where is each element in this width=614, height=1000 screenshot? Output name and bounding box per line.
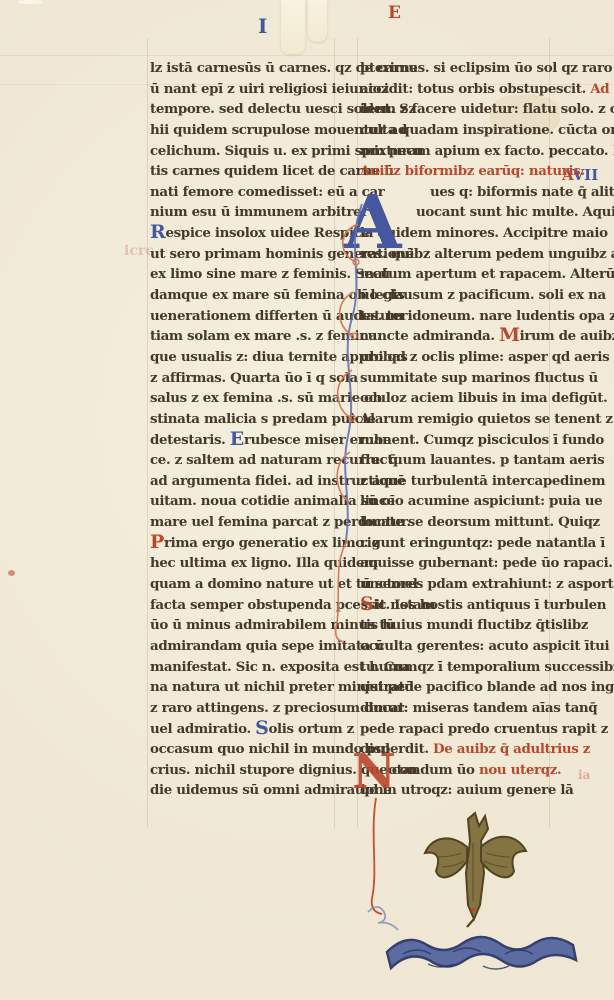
text-line: die uidemus sū omni admiratione [150, 780, 342, 801]
text-line: uitam. noua cotidie animalia sū oī [150, 491, 342, 512]
text-line: admirandam quia sepe imitata ū [150, 636, 342, 657]
penwork-flourish [326, 200, 370, 650]
text-segment: Auibz biformibz earūq: naturis. [360, 163, 585, 179]
rubricated-initial: R [150, 221, 165, 243]
bird-left-wing [425, 838, 467, 877]
text-line: uel admiratio. Solis ortum z [150, 719, 342, 740]
text-line: cuncte admiranda. Mirum de auibz [360, 326, 552, 347]
text-line: ut sero primam hominis generationē [150, 244, 342, 265]
text-column-left: lz istā carnesūs ū carnes. qz de carneū … [150, 58, 342, 801]
text-line: Respice insolox uidee Respice [150, 223, 342, 244]
text-segment: tis carnes quidem licet de carne ū [150, 163, 394, 179]
text-line: na natura ut nichil preter ministratū [150, 677, 342, 698]
parchment-tab [308, 0, 327, 42]
text-segment: olis ortum z [268, 721, 353, 737]
text-segment: Alarum remigio quietos se tenent z f [360, 411, 614, 427]
text-line: ū nant epī z uiri religiosi ieiunioz [150, 79, 342, 100]
text-line: facta semper obstupenda pcessit. Istam [150, 595, 342, 616]
bird-eye [471, 908, 475, 912]
text-line: idem z facere uidetur: flatu solo. z oc [360, 99, 552, 120]
text-line: qui pede pacifico blande ad nos ingre [360, 677, 552, 698]
text-segment: detestaris. [150, 432, 230, 448]
water-waves-illustration [383, 922, 583, 980]
text-line: Prima ergo generatio ex limo. z [150, 533, 342, 554]
text-line: nati femore comedisset: eū a car [150, 182, 342, 203]
text-segment: nou uterqz. [479, 762, 561, 778]
text-line: detestaris. Erubesce miser erube [150, 430, 342, 451]
text-line: z aque turbulentā intercapedinem [360, 471, 552, 492]
text-segment: unctores pdam extrahiunt: z asportāt. [360, 576, 614, 592]
text-segment: culta quadam inspiratione. cūcta omniū [360, 122, 614, 138]
text-line: salus z ex femina .s. sū marie ob [150, 388, 342, 409]
text-line: tu. Cumqz ī temporalium successibz [360, 657, 552, 678]
text-line: occasum quo nichil in mundo pul [150, 739, 342, 760]
manuscript-page: I E AVII icrc ia lz istā carnesūs ū carn… [0, 0, 614, 1000]
text-segment: ic nos hostis antiquus ī turbulen [373, 597, 606, 613]
text-line: celichum. Siquis u. ex primi spm pecu [150, 141, 342, 162]
text-line: manent. Cumqz pisciculos ī fundo [360, 430, 552, 451]
text-segment: ūo clausum z pacificum. soli ex na [360, 287, 606, 303]
rubricated-initial: P [150, 531, 164, 553]
ruling-line [0, 55, 614, 56]
text-segment: cuncte admiranda. [360, 328, 499, 344]
text-line: linceo acumine aspiciunt: puia ue [360, 491, 552, 512]
text-line: summitate sup marinos fluctus ū [360, 368, 552, 389]
text-segment: idem z facere uidetur: flatu solo. z oc [360, 101, 614, 117]
text-segment: oculoz aciem libuis in ima defigūt. [360, 390, 607, 406]
text-line: mixturam apium ex facto. peccato. De [360, 141, 552, 162]
text-line: z raro attingens. z preciosum ducat [150, 698, 342, 719]
text-segment: linceo acumine aspiciunt: puia ue [360, 493, 602, 509]
text-line: tis carnes quidem licet de carne ū [150, 161, 342, 182]
text-line: damque ex mare sū femina ob legis [150, 285, 342, 306]
text-line: mare uel femina parcat z perduntur. [150, 512, 342, 533]
ruling-line [147, 38, 148, 828]
text-segment: aquisse gubernant: pede ūo rapaci. [360, 555, 613, 571]
text-line: z affirmas. Quarta ūo ī q sola [150, 368, 342, 389]
parchment-tab [281, 0, 305, 54]
text-line: occulta gerentes: acuto aspicit ītui [360, 636, 552, 657]
text-segment: tu. Cumqz ī temporalium successibz [360, 659, 614, 675]
text-segment: locate se deorsum mittunt. Quiqz [360, 514, 600, 530]
text-segment: uel admiratio. [150, 721, 255, 737]
parchment-blemish [18, 0, 42, 4]
text-line: tiam solam ex mare .s. z femina. [150, 326, 342, 347]
text-line: Auibz biformibz earūq: naturis. [360, 161, 552, 182]
text-line: pede rapaci predo cruentus rapit z [360, 719, 552, 740]
text-segment: uocant sunt hic multe. Aqui [416, 204, 614, 220]
decorated-initial-n: N [352, 748, 396, 796]
text-segment: z aque turbulentā intercapedinem [360, 473, 605, 489]
text-segment: De auibz q̄ adultrius z [433, 741, 590, 757]
text-line: lz istā carnesūs ū carnes. qz de carne [150, 58, 342, 79]
text-line: ūo ū minus admirabilem minus tū [150, 615, 342, 636]
text-segment: qui pede pacifico blande ad nos ingre [360, 679, 614, 695]
text-segment: Ad [590, 81, 609, 97]
text-line: oculoz aciem libuis in ima defigūt. [360, 388, 552, 409]
text-segment: pterimus. si eclipsim ūo sol qz raro [360, 60, 612, 76]
text-segment: rigunt eringuntqz: pede natantla ī [360, 535, 605, 551]
initial-descender-flourish [366, 796, 400, 936]
text-line: ex limo sine mare z feminis. Secū [150, 264, 342, 285]
water-band [387, 937, 576, 968]
text-line: manifestat. Sic n. exposita est huma [150, 657, 342, 678]
text-segment: pede rapaci predo cruentus rapit z [360, 721, 608, 737]
text-segment: tatum idoneum. nare ludentis opa z [360, 308, 614, 324]
text-line: stinata malicia s predam puicie [150, 409, 342, 430]
text-line: tis huius mundi fluctibz q̄tislibz [360, 615, 552, 636]
diving-bird-illustration [418, 813, 533, 928]
rubricated-initial: S [255, 717, 268, 739]
text-line: que usualis z: diua ternite approbas [150, 347, 342, 368]
text-segment: matum apertum et rapacem. Alterū [360, 266, 614, 282]
text-segment: irum de auibz [520, 328, 614, 344]
text-segment: summitate sup marinos fluctus ū [360, 370, 598, 386]
text-line: ce. z saltem ad naturam recurre. q̄ [150, 450, 342, 471]
text-line: quam a domino nature ut et tū semel [150, 574, 342, 595]
text-line: hii quidem scrupulose mouentur ad [150, 120, 342, 141]
text-line: accidit: totus orbis obstupescit. Ad [360, 79, 552, 100]
folio-letter-right: E [388, 3, 401, 23]
bleedthrough-text-right: ia [578, 768, 590, 782]
text-line: Alarum remigio quietos se tenent z f [360, 409, 552, 430]
text-line: crius. nichil stupore dignius. que con [150, 760, 342, 781]
text-line: ubi qd z oclis plime: asper qd aeris [360, 347, 552, 368]
text-column-right: pterimus. si eclipsim ūo sol qz raroacci… [360, 58, 552, 801]
text-line: Sic nos hostis antiquus ī turbulen [360, 595, 552, 616]
text-line: pterimus. si eclipsim ūo sol qz raro [360, 58, 552, 79]
rubricated-initial: M [499, 324, 520, 346]
text-segment: ū nant epī z uiri religiosi ieiunioz [150, 81, 389, 97]
red-ink-spot [8, 570, 15, 576]
text-line: hec ultima ex ligno. Illa quidem [150, 553, 342, 574]
text-segment: ubi qd z oclis plime: asper qd aeris [360, 349, 609, 365]
text-line: uenerationem differten ū audes. ter [150, 306, 342, 327]
text-segment: accidit: totus orbis obstupescit. [360, 81, 590, 97]
text-line: dimur: miseras tandem aīas tanq̄ [360, 698, 552, 719]
text-segment: occulta gerentes: acuto aspicit ītui [360, 638, 609, 654]
rubricated-initial: E [230, 428, 244, 450]
text-segment: otandum ūo [388, 762, 479, 778]
text-line: nium esu ū immunem arbitrer [150, 202, 342, 223]
folio-letter-left: I [258, 14, 267, 38]
text-segment: mixturam apium ex facto. peccato. [360, 143, 613, 159]
text-line: aquisse gubernant: pede ūo rapaci. [360, 553, 552, 574]
text-line: fluctuum lauantes. p tantam aeris [360, 450, 552, 471]
text-line: matum apertum et rapacem. Alterū [360, 264, 552, 285]
text-segment: tis huius mundi fluctibz q̄tislibz [360, 617, 588, 633]
text-line: tempore. sed delectu uesci solent. Sz [150, 99, 342, 120]
text-line: locate se deorsum mittunt. Quiqz [360, 512, 552, 533]
text-line: ūo clausum z pacificum. soli ex na [360, 285, 552, 306]
text-segment: manent. Cumqz pisciculos ī fundo [360, 432, 604, 448]
text-segment: ues q: biformis nate q̄ aliter [430, 184, 614, 200]
text-line: culta quadam inspiratione. cūcta omniū [360, 120, 552, 141]
text-line: unctores pdam extrahiunt: z asportāt. [360, 574, 552, 595]
text-segment: fluctuum lauantes. p tantam aeris [360, 452, 604, 468]
text-line: ad argumenta fidei. ad instructionē [150, 471, 342, 492]
text-segment: dimur: miseras tandem aīas tanq̄ [360, 700, 597, 716]
text-line: rigunt eringuntqz: pede natantla ī [360, 533, 552, 554]
text-line: tatum idoneum. nare ludentis opa z [360, 306, 552, 327]
